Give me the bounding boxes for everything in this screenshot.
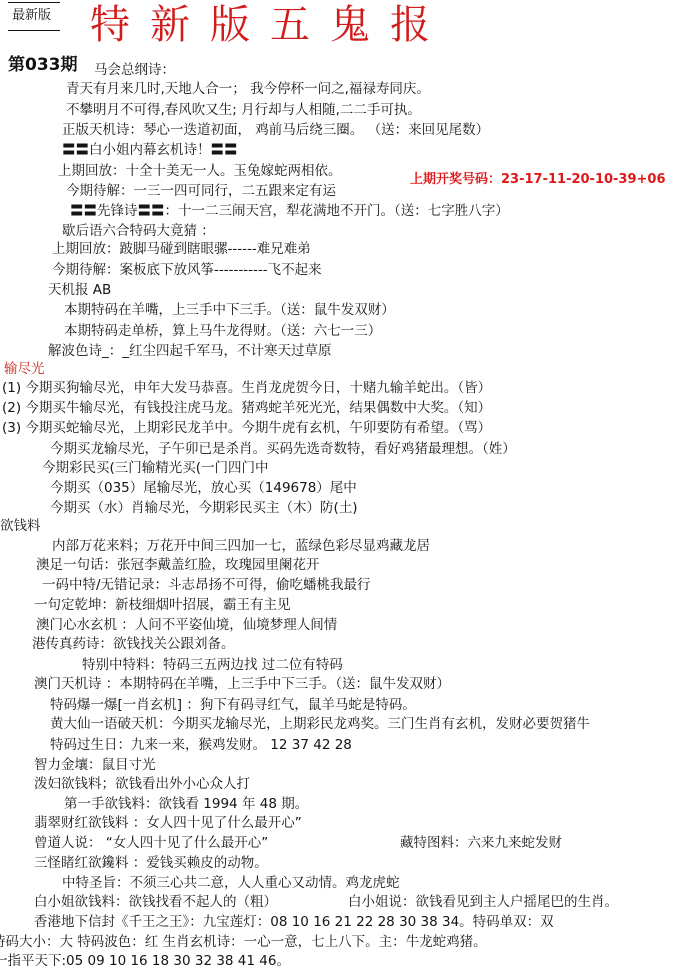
issue-number: 第033期 bbox=[8, 50, 78, 75]
text-line: 不攀明月不可得,春风吹又生; 月行却与人相随,二二手可执。 bbox=[66, 102, 421, 118]
text-line: (1) 今期买狗输尽光，申年大发马恭喜。生肖龙虎贺今日，十赌九输羊蛇出。（皆） bbox=[2, 380, 491, 396]
text-line: 欲钱料 bbox=[0, 518, 41, 534]
text-line: 青天有月来几时,天地人合一； 我今停杯一问之,福禄寿同庆。 bbox=[66, 81, 430, 97]
text-line: 特码大小：大 特码波色：红 生肖玄机诗：一心一意，七上八下。主：牛龙蛇鸡猪。 bbox=[0, 934, 487, 950]
edition-label: 最新版 bbox=[12, 4, 51, 23]
text-line: (2) 今期买牛输尽光，有钱投注虎马龙。猪鸡蛇羊死光光，结果偶数中大奖。（知） bbox=[2, 400, 491, 416]
text-line: 本期特码走单桥，算上马牛龙得财。（送：六七一三） bbox=[64, 323, 381, 339]
text-line: 一码中特/无错记录：斗志昂扬不可得，偷吃蟠桃我最行 bbox=[42, 577, 371, 593]
edition-badge: 最新版 bbox=[8, 0, 60, 36]
text-line: 三怪睹红欲鑱料 ：爱钱买赖皮的动物。 bbox=[34, 855, 268, 871]
text-line: 泼妇欲钱料；欲钱看出外小心众人打 bbox=[34, 776, 250, 792]
text-line: 一指平天下:05 09 10 16 18 30 32 38 41 46。 bbox=[0, 953, 290, 969]
text-line: 内部万花来料；万花开中间三四加一七，蓝绿色彩尽显鸡藏龙居 bbox=[52, 538, 430, 554]
text-line: 智力金壤：鼠目寸光 bbox=[34, 757, 156, 773]
text-line: 今期买龙输尽光，子午卯已是杀肖。买码先选奇数特，看好鸡猪最理想。（姓） bbox=[50, 441, 516, 457]
text-line: 今期买（水）肖输尽光，今期彩民买主（木）防(土) bbox=[50, 500, 358, 516]
text-line: 〓〓先锋诗〓〓：十一二三闹天宫，犁花满地不开门。（送：七字胜八字） bbox=[70, 203, 509, 219]
text-line: 白小姐说：欲钱看见到主人户摇尾巴的生肖。 bbox=[348, 894, 618, 910]
text-line: 马会总纲诗： bbox=[94, 62, 175, 78]
text-line: 澳足一句话：张冠李戴盖红脸，玫瑰园里阑花开 bbox=[36, 557, 320, 573]
text-line: 香港地下信封《千王之王》：九宝莲灯：08 10 16 21 22 28 30 3… bbox=[34, 914, 554, 930]
page-title: 特新版五鬼报 bbox=[90, 2, 450, 48]
text-line: 上期回放：跛脚马碰到瞎眼骡------难兄难弟 bbox=[52, 241, 311, 257]
divider bbox=[8, 30, 60, 31]
text-line: 白小姐欲钱料：欲钱找看不起人的（粗） bbox=[34, 894, 277, 910]
text-line: 特别中特料：特码三五两边找 过二位有特码 bbox=[82, 657, 343, 673]
text-line: 澳门天机诗 ：本期特码在羊嘴，上三手中下三手。（送：鼠牛发双财） bbox=[34, 676, 450, 692]
text-line: 中特圣旨：不须三心共二意，人人重心又动情。鸡龙虎蛇 bbox=[62, 875, 400, 891]
last-draw-numbers: 上期开奖号码：23-17-11-20-10-39+06 bbox=[410, 168, 666, 187]
text-line: 一句定乾坤：新枝细烟叶招展，霸王有主见 bbox=[34, 597, 291, 613]
text-line: 今期买（035）尾输尽光，放心买（149678）尾中 bbox=[50, 480, 357, 496]
text-line: 翡翠财红欲钱料 ：女人四十见了什么最开心” bbox=[34, 815, 302, 831]
text-line: 藏特图料：六来九来蛇发财 bbox=[400, 835, 562, 851]
text-line: 今期彩民买(三门输精光买(一门四门中 bbox=[42, 460, 269, 476]
text-line: 天机报 AB bbox=[48, 282, 111, 298]
text-line: 第一手欲钱料：欲钱看 1994 年 48 期。 bbox=[64, 796, 308, 812]
divider bbox=[8, 2, 60, 3]
section-heading: 输尽光 bbox=[4, 361, 45, 377]
text-line: 黄大仙一语破天机：今期买龙输尽光，上期彩民龙鸡奖。三门生肖有玄机，发财必要贺猪牛 bbox=[50, 716, 590, 732]
text-line: 正版天机诗：琴心一迭道初面， 鸡前马后绕三圈。 （送：来回见尾数） bbox=[62, 122, 489, 138]
text-line: 澳门心水玄机 ：人问不平姿仙境，仙境梦理人间情 bbox=[36, 617, 337, 633]
text-line: 曾道人说： “女人四十见了什么最开心” bbox=[34, 835, 268, 851]
text-line: 歇后语六合特码大竟猜 ： bbox=[62, 223, 215, 239]
text-line: 特码过生日：九来一来，猴鸡发财。 12 37 42 28 bbox=[50, 737, 352, 753]
text-line: 今期待解：案板底下放风筝-----------飞不起来 bbox=[52, 262, 322, 278]
text-line: 今期待解：一三一四可同行，二五跟来定有运 bbox=[66, 183, 336, 199]
text-line: 特码爆一爆[一肖玄机] ：狗下有码寻红气，鼠羊马蛇是特码。 bbox=[50, 697, 416, 713]
text-line: 解波色诗_：_红尘四起千军马，不计寒天过草原 bbox=[48, 343, 332, 359]
text-line: 港传真药诗：欲钱找关公跟刘备。 bbox=[32, 636, 235, 652]
text-line: 上期回放：十全十美无一人。玉兔嫁蛇两相依。 bbox=[58, 163, 342, 179]
text-line: 本期特码在羊嘴，上三手中下三手。（送：鼠牛发双财） bbox=[64, 302, 395, 318]
text-line: (3) 今期买蛇输尽光，上期彩民龙羊中。今期牛虎有玄机，午卯要防有希望。（骂） bbox=[2, 420, 491, 436]
text-line: 〓〓白小姐内幕玄机诗！〓〓 bbox=[62, 142, 238, 158]
